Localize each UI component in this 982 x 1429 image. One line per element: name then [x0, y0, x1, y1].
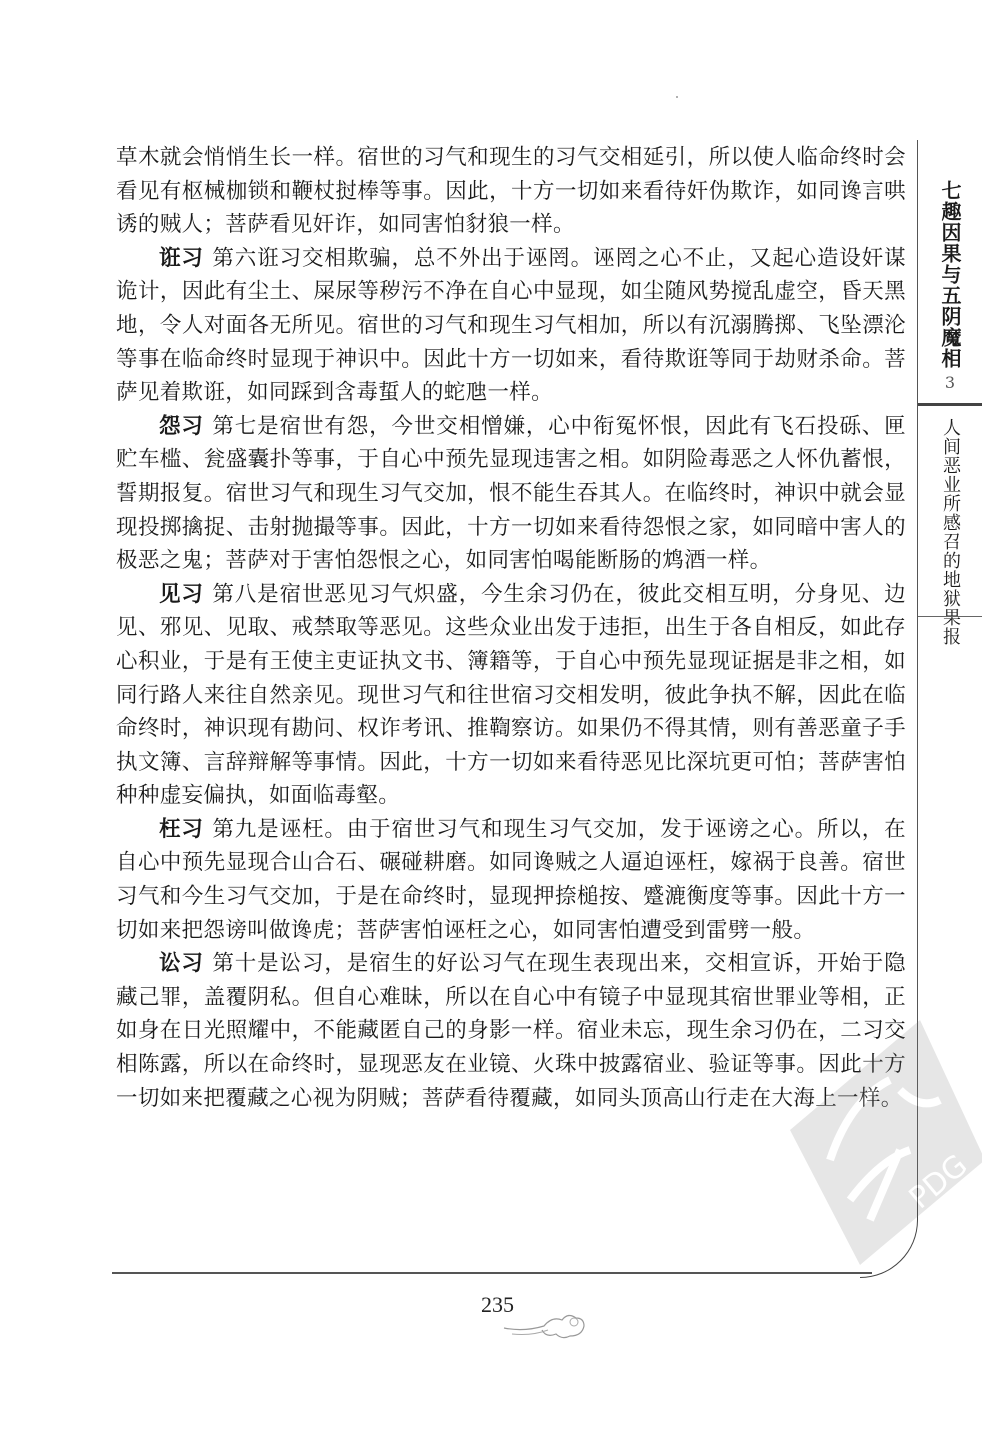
chapter-sidebar: 七趣因果与五阴魔相 3: [918, 180, 982, 392]
cloud-ornament-icon: [502, 1300, 602, 1340]
paragraph-jian-xi: 见习第八是宿世恶见习气炽盛，今生余习仍在，彼此交相互明，分身见、边见、邪见、见取…: [116, 578, 906, 813]
paragraph-text: 草木就会悄悄生长一样。宿世的习气和现生的习气交相延引，所以使人临命终时会看见有枢…: [116, 145, 906, 237]
paragraph-text: 第十是讼习，是宿生的好讼习气在现生表现出来，交相宣诉，开始于隐藏己罪，盖覆阴私。…: [116, 951, 906, 1110]
paragraph-continued: 草木就会悄悄生长一样。宿世的习气和现生的习气交相延引，所以使人临命终时会看见有枢…: [116, 141, 906, 242]
section-title: 人间恶业所感召的地狱果报: [939, 418, 961, 646]
paragraph-wang-xi: 枉习第九是诬枉。由于宿世习气和现生习气交加，发于诬谤之心。所以，在自心中预先显现…: [116, 813, 906, 947]
paragraph-text: 第九是诬枉。由于宿世习气和现生习气交加，发于诬谤之心。所以，在自心中预先显现合山…: [116, 817, 906, 943]
footer-rule: [112, 1272, 872, 1274]
term-heading: 枉习: [159, 817, 204, 842]
paragraph-text: 第八是宿世恶见习气炽盛，今生余习仍在，彼此交相互明，分身见、边见、邪见、见取、戒…: [116, 582, 906, 809]
sidebar-divider-bottom: [918, 616, 982, 617]
body-text: 草木就会悄悄生长一样。宿世的习气和现生的习气交相延引，所以使人临命终时会看见有枢…: [116, 141, 906, 1115]
paragraph-text: 第七是宿世有怨，今世交相憎嫌，心中衔冤怀恨，因此有飞石投砾、匣贮车槛、瓮盛囊扑等…: [116, 414, 906, 573]
paragraph-song-xi: 讼习第十是讼习，是宿生的好讼习气在现生表现出来，交相宣诉，开始于隐藏己罪，盖覆阴…: [116, 947, 906, 1115]
section-sidebar: 人间恶业所感召的地狱果报: [918, 418, 982, 646]
paragraph-kuang-xi: 诳习第六诳习交相欺骗，总不外出于诬罔。诬罔之心不止，又起心造设奸谋诡计，因此有尘…: [116, 242, 906, 410]
page-frame-corner: [860, 1188, 918, 1278]
term-heading: 讼习: [159, 951, 204, 976]
paragraph-text: 第六诳习交相欺骗，总不外出于诬罔。诬罔之心不止，又起心造设奸谋诡计，因此有尘土、…: [116, 246, 906, 405]
term-heading: 诳习: [159, 246, 204, 271]
paragraph-yuan-xi: 怨习第七是宿世有怨，今世交相憎嫌，心中衔冤怀恨，因此有飞石投砾、匣贮车槛、瓮盛囊…: [116, 410, 906, 578]
chapter-title: 七趣因果与五阴魔相: [938, 180, 962, 369]
chapter-number: 3: [918, 373, 982, 392]
sidebar-divider: [918, 403, 982, 406]
term-heading: 怨习: [159, 414, 204, 439]
scan-speck: [676, 96, 678, 98]
term-heading: 见习: [159, 582, 204, 607]
